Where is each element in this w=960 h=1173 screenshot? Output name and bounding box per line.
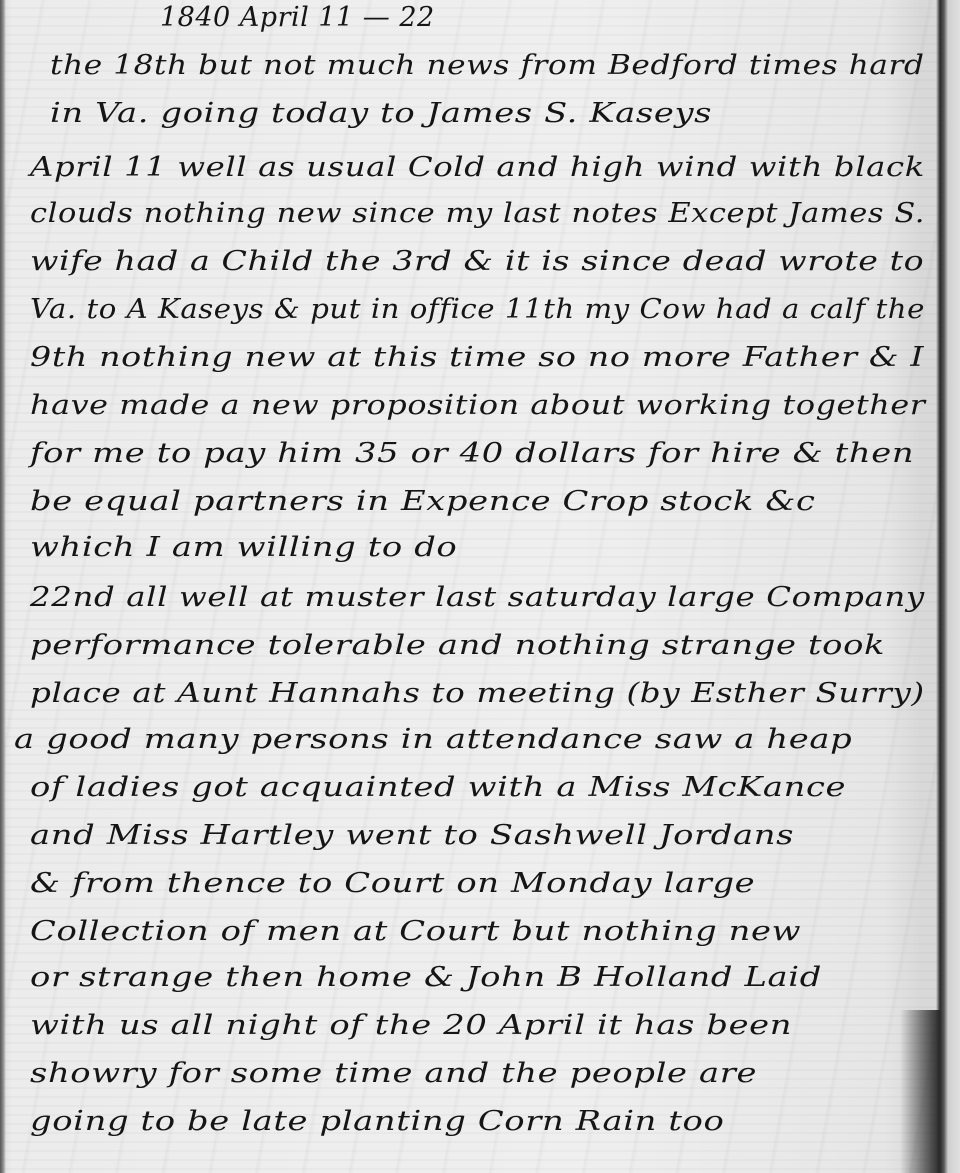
text-line-22: showry for some time and the people are (30, 1058, 757, 1089)
text-line-16: of ladies got acquainted with a Miss McK… (30, 772, 846, 803)
page-binding-edge (936, 0, 960, 1173)
text-line-12: 22nd all well at muster last saturday la… (30, 582, 925, 613)
text-line-9: for me to pay him 35 or 40 dollars for h… (30, 438, 914, 469)
text-line-10: be equal partners in Expence Crop stock … (30, 486, 816, 517)
text-line-3: April 11 well as usual Cold and high win… (30, 152, 925, 183)
text-line-23: going to be late planting Corn Rain too (30, 1106, 724, 1137)
text-line-13: performance tolerable and nothing strang… (30, 630, 885, 661)
text-line-1: the 18th but not much news from Bedford … (50, 50, 925, 81)
text-line-6: Va. to A Kaseys & put in office 11th my … (30, 294, 925, 325)
text-line-20: or strange then home & John B Holland La… (30, 962, 822, 993)
text-line-11: which I am willing to do (30, 532, 457, 563)
text-line-14: place at Aunt Hannahs to meeting (by Est… (30, 678, 925, 709)
text-line-15: a good many persons in attendance saw a … (14, 724, 852, 755)
text-line-17: and Miss Hartley went to Sashwell Jordan… (30, 820, 794, 851)
text-line-19: Collection of men at Court but nothing n… (30, 916, 801, 947)
page-left-edge (0, 0, 6, 1173)
text-line-5: wife had a Child the 3rd & it is since d… (30, 246, 924, 277)
text-line-2: in Va. going today to James S. Kaseys (50, 98, 712, 129)
diary-page: 1840 April 11 — 22 the 18th but not much… (0, 0, 960, 1173)
text-line-18: & from thence to Court on Monday large (30, 868, 755, 899)
text-line-7: 9th nothing new at this time so no more … (30, 342, 924, 373)
text-line-4: clouds nothing new since my last notes E… (30, 198, 925, 229)
text-line-8: have made a new proposition about workin… (30, 390, 926, 421)
page-header-date: 1840 April 11 — 22 (160, 2, 435, 33)
text-line-21: with us all night of the 20 April it has… (30, 1010, 792, 1041)
